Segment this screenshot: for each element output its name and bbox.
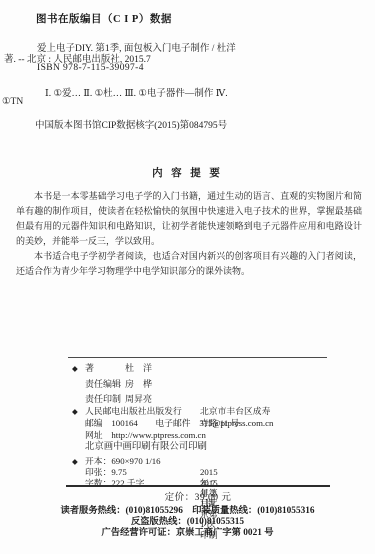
sheets-row: 印张：9.75 2015 年 7 月第 1 版 [72,467,161,477]
cip-heading: 图书在版编目（C I P）数据 [36,11,172,26]
diamond-bullet-icon: ◆ [72,361,85,377]
credit-label: 责任编辑 [85,377,125,393]
summary-heading: 内 容 提 要 [0,165,375,180]
publisher-name: 人民邮电出版社出版发行 [85,406,182,416]
credit-label: 著 [85,361,125,377]
ad-license-line: 广告经营许可证：京崇工商广字第 0021 号 [0,524,375,538]
cip-record-number: 中国版本图书馆CIP数据核字(2015)第084795号 [35,117,227,131]
diamond-bullet-icon: ◆ [72,457,85,467]
credit-row-editor: 责任编辑房 桦 [72,377,152,393]
summary-paragraph-1: 本书是一本零基础学习电子学的入门书籍，通过生动的语言、直观的实物图片和简单有趣的… [16,189,362,249]
publisher-block: ◆人民邮电出版社出版发行 北京市丰台区成寿寺路 11 号 邮编 100164 电… [72,406,273,454]
publisher-row: ◆人民邮电出版社出版发行 北京市丰台区成寿寺路 11 号 [72,406,273,418]
printing-spec-block: ◆开本：690×970 1/16 印张：9.75 2015 年 7 月第 1 版… [72,456,161,488]
credit-row-author: ◆著杜 洋 [72,361,152,377]
colophon-bottom-rule [66,485,330,487]
credit-value: 周昇亮 [125,394,152,404]
sheets-value: 印张：9.75 [85,467,127,477]
credit-value: 杜 洋 [125,363,152,373]
credits-block: ◆著杜 洋 责任编辑房 桦 责任印制周昇亮 [72,361,152,408]
cip-classification-line: Ⅰ. ①爱… Ⅱ. ①杜… Ⅲ. ①电子器件—制作 Ⅳ. [45,85,228,99]
price-line: 定价：39.00 元 [68,489,328,503]
format-value: 开本：690×970 1/16 [85,456,161,466]
postcode-email-row: 邮编 100164 电子邮件 315@ptpress.com.cn [72,418,273,430]
postcode-email: 邮编 100164 电子邮件 315@ptpress.com.cn [85,418,273,428]
website-row: 网址 http://www.ptpress.com.cn [72,430,273,442]
summary-paragraph-2: 本书适合电子学初学者阅读，也适合对国内新兴的创客项目有兴趣的入门者阅读，还适合作… [16,249,362,279]
diamond-bullet-icon: ◆ [72,406,85,418]
website-url: 网址 http://www.ptpress.com.cn [85,430,206,440]
colophon-top-rule [68,357,327,358]
format-row: ◆开本：690×970 1/16 [72,456,161,467]
printer-row: 北京画中画印刷有限公司印刷 [72,441,273,454]
summary-body: 本书是一本零基础学习电子学的入门书籍，通过生动的语言、直观的实物图片和简单有趣的… [16,189,362,279]
cip-classification-line-2: ①TN [2,96,23,107]
cip-isbn-line: ISBN 978-7-115-39097-4 [37,63,144,73]
credit-value: 房 桦 [125,379,152,389]
copyright-page: 图书在版编目（C I P）数据 爱上电子DIY. 第1季, 面包板入门电子制作 … [0,0,375,554]
printer-name: 北京画中画印刷有限公司印刷 [85,442,207,452]
